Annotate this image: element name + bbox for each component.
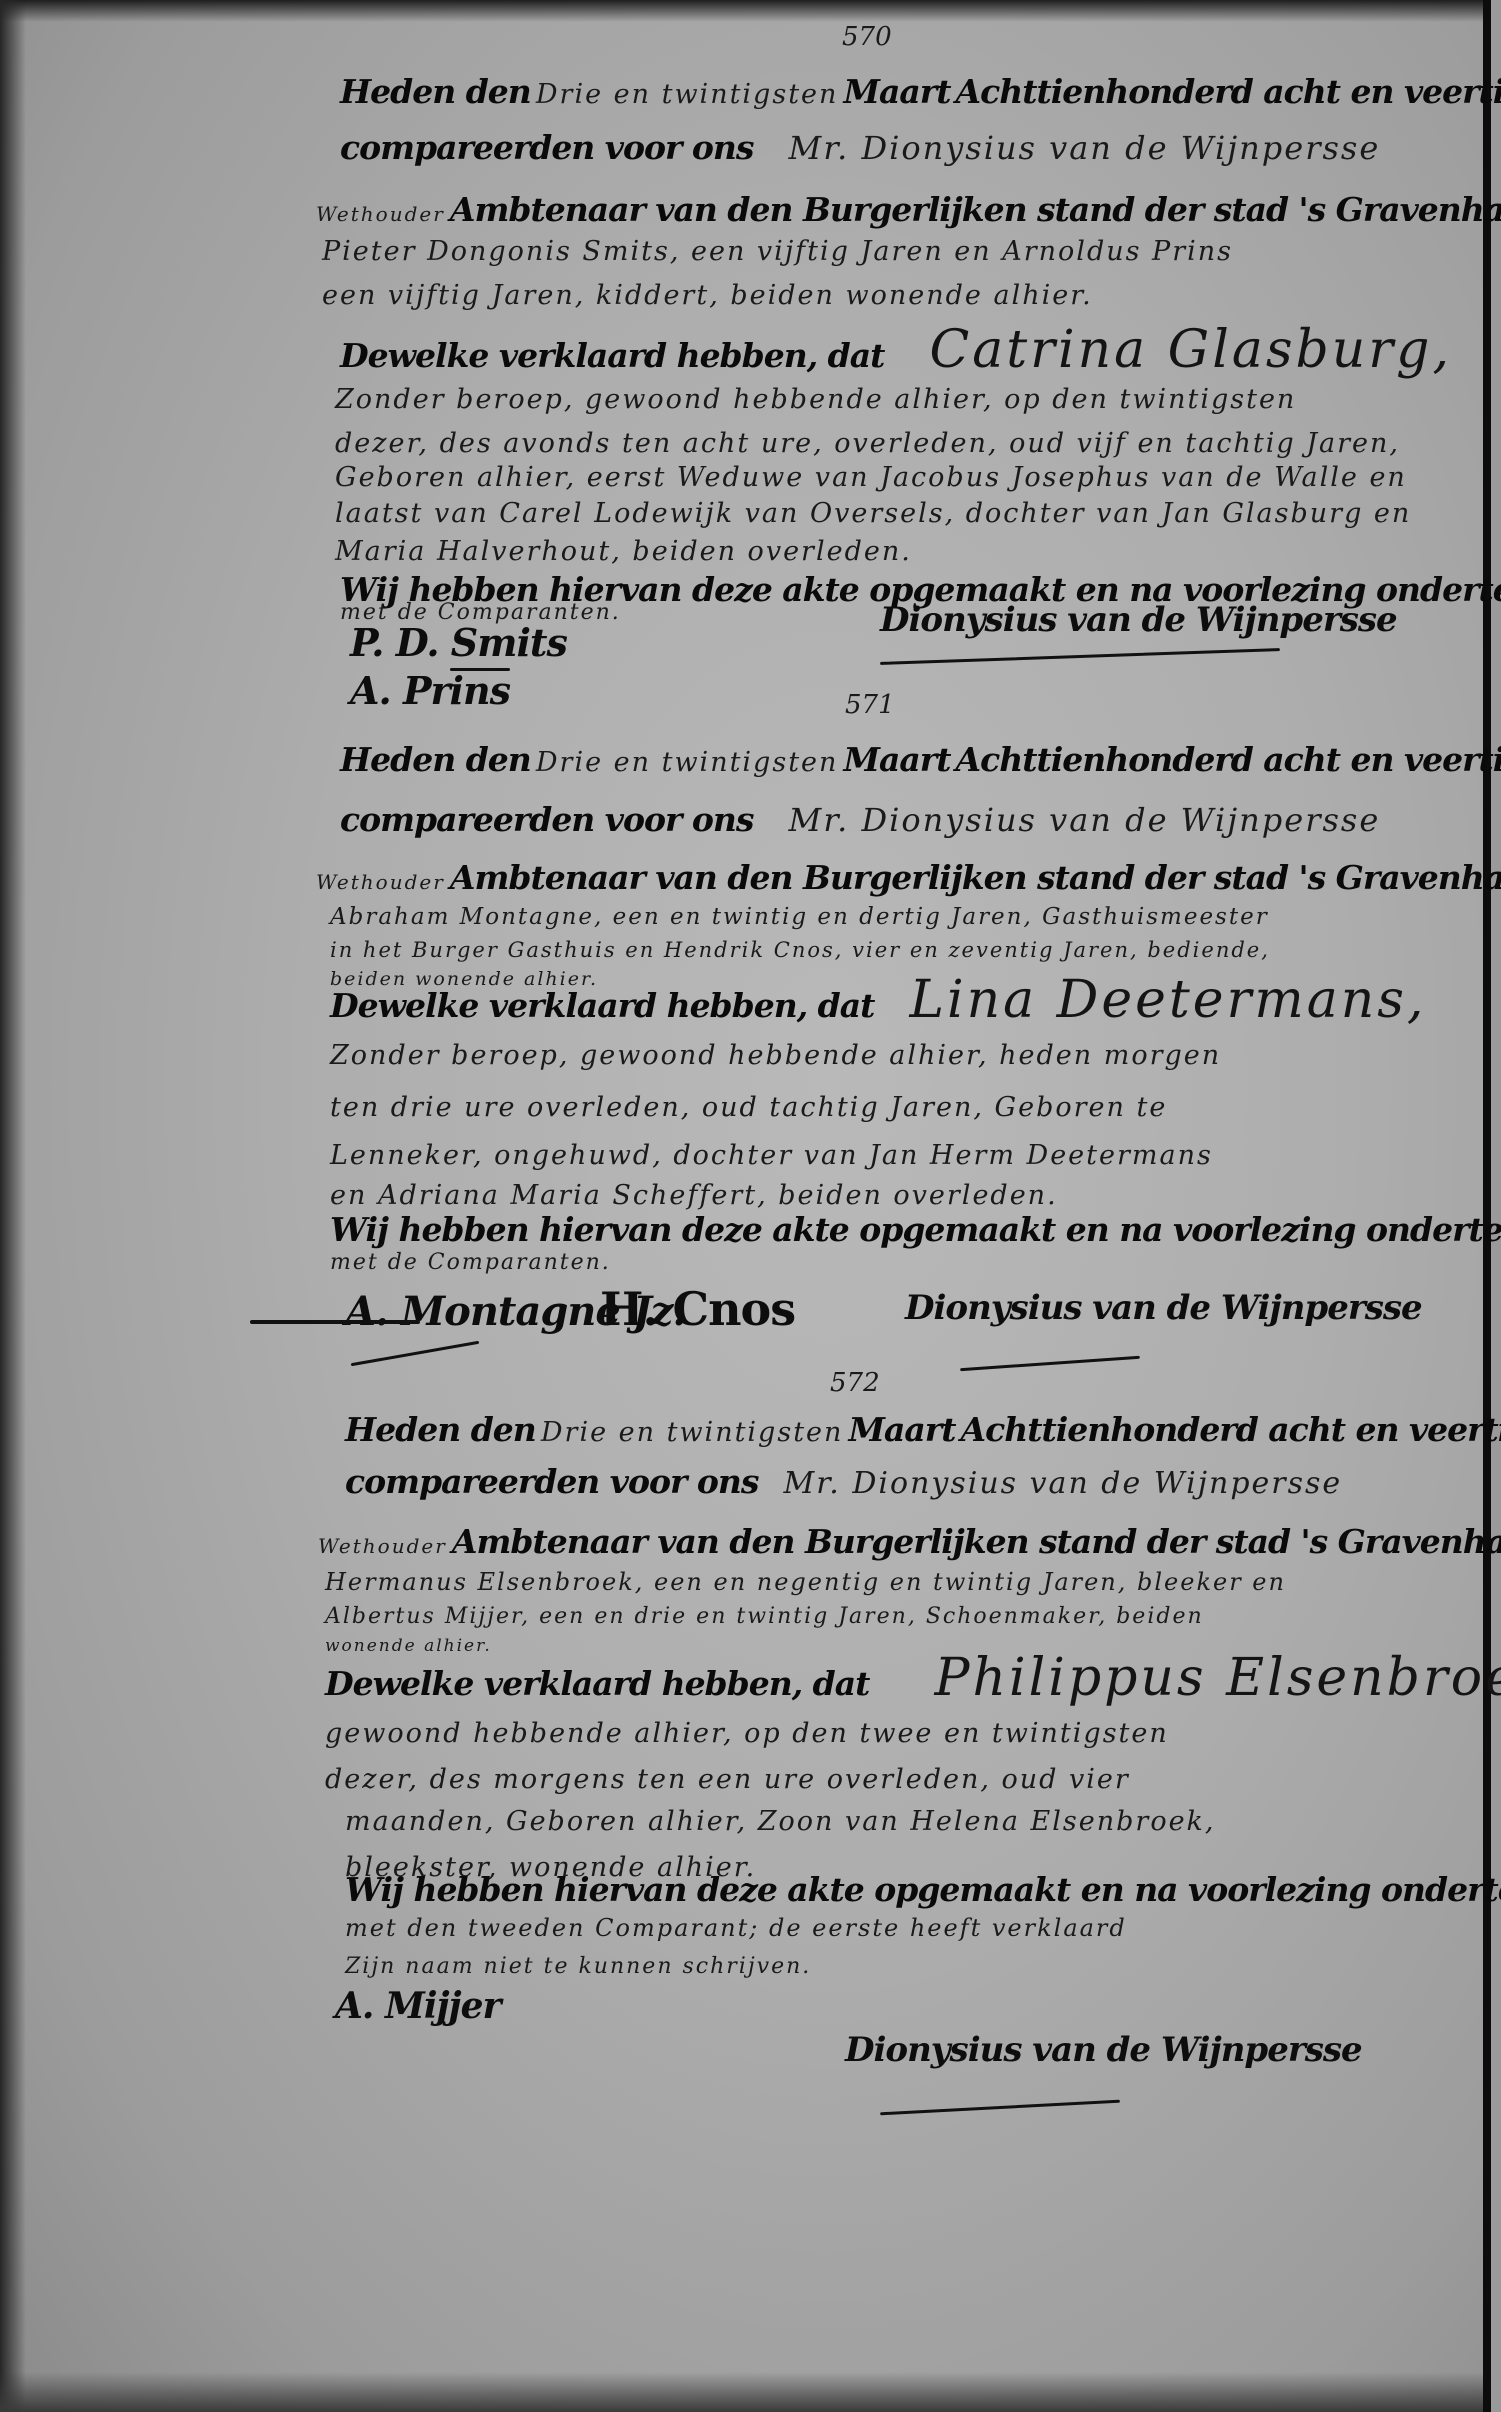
detail-line: Lenneker, ongehuwd, dochter van Jan Herm… xyxy=(330,1140,1213,1171)
signature-flourish xyxy=(880,2100,1120,2116)
signature-flourish xyxy=(960,1356,1140,1372)
handwritten-title: Wethouder xyxy=(316,202,445,226)
official-name: Mr. Dionysius van de Wijnpersse xyxy=(789,129,1381,167)
handwritten-title: Wethouder xyxy=(316,870,445,894)
signature-flourish xyxy=(880,648,1280,665)
handwritten-title: Wethouder xyxy=(318,1534,447,1558)
detail-line: en Adriana Maria Scheffert, beiden overl… xyxy=(330,1180,1058,1211)
printed-text: compareerden voor ons xyxy=(345,1462,758,1501)
closing-handwritten: met den tweeden Comparant; de eerste hee… xyxy=(345,1914,1127,1942)
book-spine-line xyxy=(1483,0,1491,2412)
witness-line: een vijftig Jaren, kiddert, beiden wonen… xyxy=(322,280,1093,311)
entry-office-line: Wethouder Ambtenaar van den Burgerlijken… xyxy=(318,1522,1501,1561)
signature-official: Dionysius van de Wijnpersse xyxy=(845,2030,1362,2070)
declaration-line: Dewelke verklaard hebben, dat Catrina Gl… xyxy=(340,320,1452,380)
signature-official: Dionysius van de Wijnpersse xyxy=(880,600,1397,640)
handwritten-date: Drie en twintigsten xyxy=(536,747,839,778)
signature-flourish xyxy=(250,1320,420,1324)
signature-witness: A. Mijjer xyxy=(335,1985,500,2027)
printed-text: Heden den xyxy=(345,1410,536,1449)
signature-witness-1: P. D. Smits xyxy=(350,620,567,665)
printed-text: compareerden voor ons xyxy=(340,800,753,839)
entry-office-line: Wethouder Ambtenaar van den Burgerlijken… xyxy=(316,858,1501,897)
detail-line: dezer, des avonds ten acht ure, overlede… xyxy=(335,428,1400,459)
page-edge-shadow-top xyxy=(0,0,1501,22)
printed-text: Dewelke verklaard hebben, dat xyxy=(325,1664,869,1703)
witness-line: Albertus Mijjer, een en drie en twintig … xyxy=(325,1604,1204,1629)
detail-line: laatst van Carel Lodewijk van Oversels, … xyxy=(335,498,1411,529)
printed-year: Achttienhonderd acht en veertig xyxy=(961,1410,1501,1449)
printed-month: Maart xyxy=(844,740,951,779)
detail-line: Geboren alhier, eerst Weduwe van Jacobus… xyxy=(335,462,1407,493)
entry-date-line: Heden den Drie en twintigsten Maart Acht… xyxy=(340,740,1501,779)
closing-printed: Wij hebben hiervan deze akte opgemaakt e… xyxy=(330,1210,1501,1249)
witness-line: Abraham Montagne, een en twintig en dert… xyxy=(330,904,1269,930)
official-name: Mr. Dionysius van de Wijnpersse xyxy=(784,1466,1343,1501)
printed-month: Maart xyxy=(844,72,951,111)
printed-text: Ambtenaar van den Burgerlijken stand der… xyxy=(452,1522,1501,1561)
declaration-line: Dewelke verklaard hebben, dat Lina Deete… xyxy=(330,970,1426,1030)
deceased-name: Philippus Elsenbroek, xyxy=(934,1648,1501,1708)
detail-line: Maria Halverhout, beiden overleden. xyxy=(335,536,912,567)
official-name: Mr. Dionysius van de Wijnpersse xyxy=(789,801,1381,839)
entry-number: 571 xyxy=(845,690,895,720)
deceased-name: Catrina Glasburg, xyxy=(929,320,1452,380)
printed-text: Heden den xyxy=(340,72,531,111)
printed-text: Ambtenaar van den Burgerlijken stand der… xyxy=(450,858,1501,897)
entry-date-line: Heden den Drie en twintigsten Maart Acht… xyxy=(345,1410,1501,1449)
entry-number: 570 xyxy=(842,22,892,52)
detail-line: gewoond hebbende alhier, op den twee en … xyxy=(325,1718,1169,1749)
signature-witness-2: H. Cnos xyxy=(600,1282,795,1336)
signature-underline xyxy=(450,668,510,671)
printed-text: Ambtenaar van den Burgerlijken stand der… xyxy=(450,190,1501,229)
signature-official: Dionysius van de Wijnpersse xyxy=(905,1288,1422,1328)
entry-official-line: compareerden voor ons Mr. Dionysius van … xyxy=(345,1462,1342,1501)
detail-line: ten drie ure overleden, oud tachtig Jare… xyxy=(330,1092,1167,1123)
detail-line: maanden, Geboren alhier, Zoon van Helena… xyxy=(345,1806,1216,1837)
entry-official-line: compareerden voor ons Mr. Dionysius van … xyxy=(340,128,1380,167)
declaration-line: Dewelke verklaard hebben, dat Philippus … xyxy=(325,1648,1501,1708)
witness-line: in het Burger Gasthuis en Hendrik Cnos, … xyxy=(330,938,1270,962)
entry-office-line: Wethouder Ambtenaar van den Burgerlijken… xyxy=(316,190,1501,229)
detail-line: Zonder beroep, gewoond hebbende alhier, … xyxy=(330,1040,1221,1071)
printed-text: Dewelke verklaard hebben, dat xyxy=(330,986,874,1025)
entry-official-line: compareerden voor ons Mr. Dionysius van … xyxy=(340,800,1380,839)
handwritten-date: Drie en twintigsten xyxy=(536,79,839,110)
detail-line: Zonder beroep, gewoond hebbende alhier, … xyxy=(335,384,1296,415)
entry-number: 572 xyxy=(830,1368,880,1398)
page-edge-shadow-left xyxy=(0,0,26,2412)
signature-witness-2: A. Prins xyxy=(350,668,510,713)
detail-line: dezer, des morgens ten een ure overleden… xyxy=(325,1764,1130,1795)
deceased-name: Lina Deetermans, xyxy=(909,970,1426,1030)
closing-printed: Wij hebben hiervan deze akte opgemaakt e… xyxy=(345,1870,1501,1909)
witness-line: Hermanus Elsenbroek, een en negentig en … xyxy=(325,1568,1286,1596)
handwritten-date: Drie en twintigsten xyxy=(541,1417,844,1448)
signature-underline xyxy=(351,1341,480,1367)
closing-handwritten: met de Comparanten. xyxy=(330,1250,611,1275)
printed-month: Maart xyxy=(849,1410,956,1449)
printed-year: Achttienhonderd acht en veertig xyxy=(956,740,1501,779)
closing-extra: Zijn naam niet te kunnen schrijven. xyxy=(345,1954,811,1979)
adjacent-page-strip xyxy=(1491,0,1501,2412)
entry-date-line: Heden den Drie en twintigsten Maart Acht… xyxy=(340,72,1501,111)
printed-text: Dewelke verklaard hebben, dat xyxy=(340,336,884,375)
printed-text: Heden den xyxy=(340,740,531,779)
scanned-register-page: 570 Heden den Drie en twintigsten Maart … xyxy=(0,0,1501,2412)
witness-line: Pieter Dongonis Smits, een vijftig Jaren… xyxy=(322,236,1233,267)
printed-text: compareerden voor ons xyxy=(340,128,753,167)
page-edge-shadow-bottom xyxy=(0,2372,1501,2412)
printed-year: Achttienhonderd acht en veertig xyxy=(956,72,1501,111)
